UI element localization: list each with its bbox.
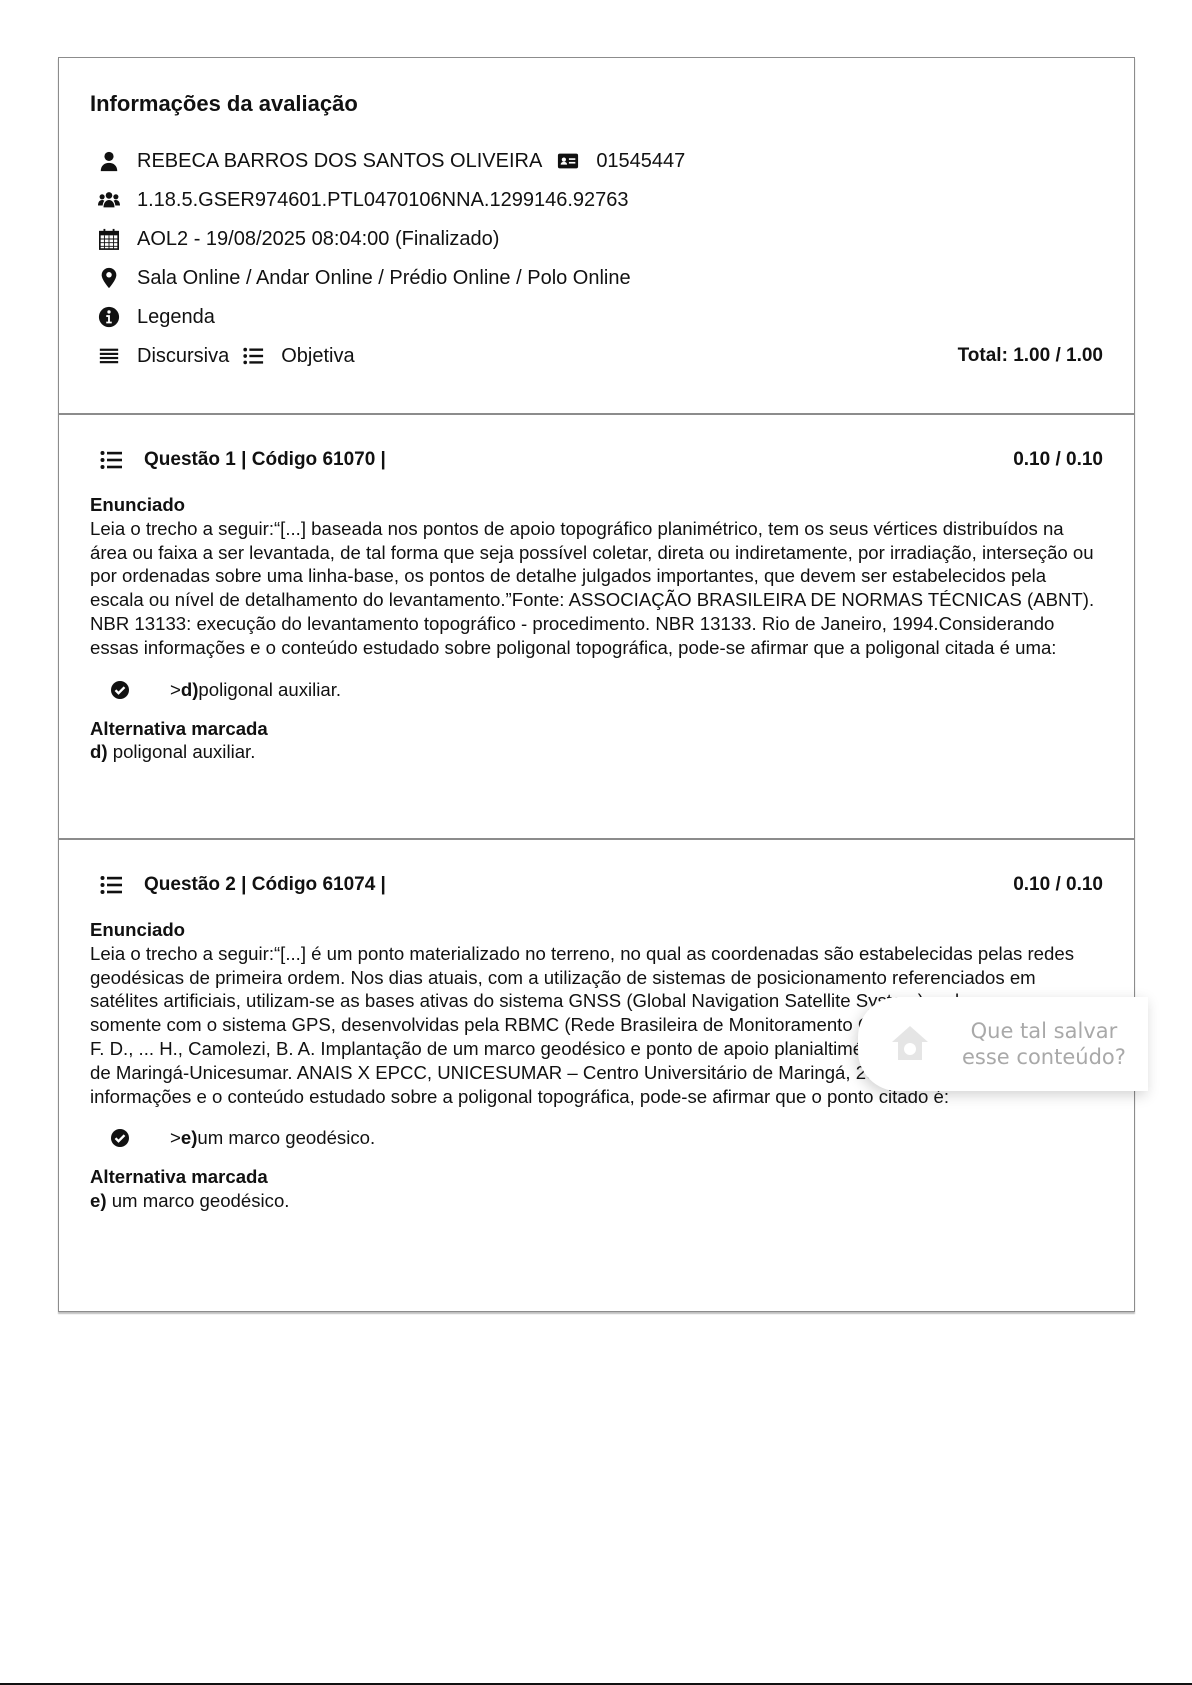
marked-text: poligonal auxiliar. [108, 741, 256, 762]
question-body: Enunciado Leia o trecho a seguir:“[...] … [90, 493, 1103, 764]
question-title: Questão 1 | Código 61070 | [144, 449, 386, 471]
location-row: Sala Online / Andar Online / Prédio Onli… [97, 265, 631, 291]
user-icon [97, 149, 121, 173]
statement-label: Enunciado [90, 493, 1103, 517]
class-row: 1.18.5.GSER974601.PTL0470106NNA.1299146.… [97, 187, 629, 213]
alt-letter: e) [181, 1126, 198, 1150]
question-header: Questão 2 | Código 61074 | [99, 873, 386, 897]
correct-alternative: >e)um marco geodésico. [110, 1125, 1103, 1151]
save-popup-line2: esse conteúdo? [962, 1044, 1126, 1070]
marked-label: Alternativa marcada [90, 1165, 1103, 1189]
check-circle-icon [110, 1128, 130, 1148]
list-icon [99, 448, 123, 472]
alt-prefix: > [170, 678, 181, 702]
info-title: Informações da avaliação [90, 91, 358, 117]
list-icon [241, 344, 265, 368]
marked-letter: d) [90, 741, 108, 762]
student-id: 01545447 [596, 150, 685, 173]
class-code: 1.18.5.GSER974601.PTL0470106NNA.1299146.… [137, 189, 629, 212]
question-header: Questão 1 | Código 61070 | [99, 448, 386, 472]
legend-label: Legenda [137, 306, 215, 329]
total-score: Total: 1.00 / 1.00 [958, 345, 1103, 367]
legend-types-row: Discursiva Objetiva [97, 343, 355, 369]
question-score: 0.10 / 0.10 [1013, 449, 1103, 471]
legend-discursiva: Discursiva [137, 345, 229, 368]
marked-answer: d) poligonal auxiliar. [90, 740, 1103, 764]
save-popup-text[interactable]: Que tal salvar esse conteúdo? [962, 1018, 1126, 1070]
map-marker-icon [97, 266, 121, 290]
statement-text: Leia o trecho a seguir:“[...] baseada no… [90, 517, 1103, 660]
list-icon [99, 873, 123, 897]
calendar-icon [97, 227, 121, 251]
assessment-info-card: Informações da avaliação REBECA BARROS D… [58, 57, 1135, 414]
align-justify-icon [97, 344, 121, 368]
marked-label: Alternativa marcada [90, 717, 1103, 741]
correct-alternative: >d)poligonal auxiliar. [110, 677, 1103, 703]
marked-answer: e) um marco geodésico. [90, 1189, 1103, 1213]
student-name: REBECA BARROS DOS SANTOS OLIVEIRA [137, 150, 542, 173]
info-circle-icon [97, 305, 121, 329]
question-title: Questão 2 | Código 61074 | [144, 874, 386, 896]
legend-row: Legenda [97, 304, 215, 330]
alt-text: um marco geodésico. [197, 1126, 375, 1150]
alt-letter: d) [181, 678, 199, 702]
users-icon [97, 188, 121, 212]
legend-objetiva: Objetiva [281, 345, 354, 368]
exam-info: AOL2 - 19/08/2025 08:04:00 (Finalizado) [137, 228, 499, 251]
alt-prefix: > [170, 1126, 181, 1150]
question-score: 0.10 / 0.10 [1013, 874, 1103, 896]
home-icon [888, 1022, 932, 1066]
id-card-icon [556, 149, 580, 173]
check-circle-icon [110, 680, 130, 700]
marked-text: um marco geodésico. [107, 1190, 290, 1211]
exam-row: AOL2 - 19/08/2025 08:04:00 (Finalizado) [97, 226, 499, 252]
question-card: Questão 1 | Código 61070 | 0.10 / 0.10 E… [58, 414, 1135, 839]
save-popup-line1: Que tal salvar [962, 1018, 1126, 1044]
student-row: REBECA BARROS DOS SANTOS OLIVEIRA 015454… [97, 148, 685, 174]
marked-letter: e) [90, 1190, 107, 1211]
location-text: Sala Online / Andar Online / Prédio Onli… [137, 267, 631, 290]
save-content-popup[interactable]: Que tal salvar esse conteúdo? [858, 997, 1148, 1091]
alt-text: poligonal auxiliar. [198, 678, 341, 702]
statement-label: Enunciado [90, 918, 1103, 942]
